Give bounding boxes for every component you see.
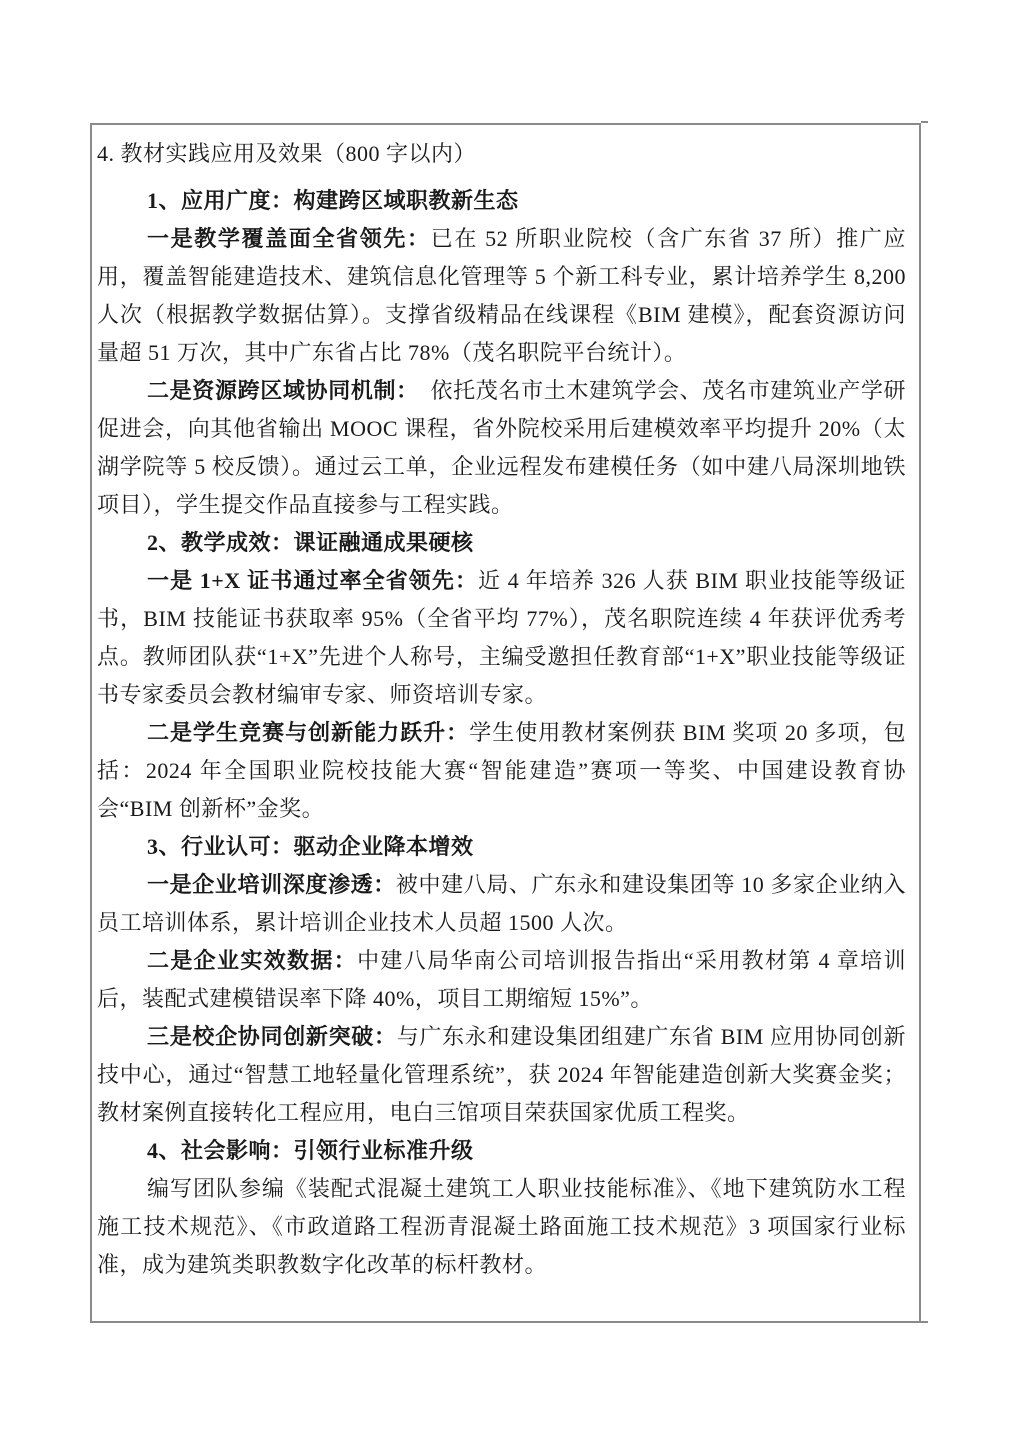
document-page: 4. 教材实践应用及效果（800 字以内） 1、应用广度：构建跨区域职教新生态 … (0, 0, 1024, 1448)
table-border-tick-top (921, 121, 928, 123)
paragraph-text: 编写团队参编《装配式混凝土建筑工人职业技能标准》、《地下建筑防水工程施工技术规范… (97, 1176, 906, 1277)
section-heading-industry-recognition: 3、行业认可：驱动企业降本增效 (97, 828, 906, 866)
paragraph-certificate-pass-rate: 一是 1+X 证书通过率全省领先：近 4 年培养 326 人获 BIM 职业技能… (97, 562, 906, 714)
section-heading-teaching-results: 2、教学成效：课证融通成果硬核 (97, 524, 906, 562)
paragraph-lead: 一是 1+X 证书通过率全省领先： (147, 568, 478, 593)
paragraph-enterprise-data: 二是企业实效数据：中建八局华南公司培训报告指出“采用教材第 4 章培训后，装配式… (97, 942, 906, 1018)
paragraph-lead: 二是资源跨区域协同机制： (147, 378, 408, 403)
paragraph-student-competition: 二是学生竞赛与创新能力跃升：学生使用教材案例获 BIM 奖项 20 多项，包括：… (97, 714, 906, 828)
paragraph-cross-region-mechanism: 二是资源跨区域协同机制： 依托茂名市土木建筑学会、茂名市建筑业产学研促进会，向其… (97, 372, 906, 524)
section-heading-application-breadth: 1、应用广度：构建跨区域职教新生态 (97, 182, 906, 220)
table-border-tick-bottom (921, 1321, 928, 1323)
paragraph-enterprise-training: 一是企业培训深度渗透：被中建八局、广东永和建设集团等 10 多家企业纳入员工培训… (97, 866, 906, 942)
cell-title: 4. 教材实践应用及效果（800 字以内） (97, 135, 906, 173)
paragraph-lead: 一是教学覆盖面全省领先： (147, 226, 431, 251)
practice-effect-form-cell: 4. 教材实践应用及效果（800 字以内） 1、应用广度：构建跨区域职教新生态 … (90, 123, 921, 1323)
paragraph-school-enterprise-innovation: 三是校企协同创新突破：与广东永和建设集团组建广东省 BIM 应用协同创新技中心，… (97, 1018, 906, 1132)
paragraph-lead: 二是企业实效数据： (147, 948, 357, 973)
paragraph-lead: 一是企业培训深度渗透： (147, 872, 396, 897)
paragraph-teaching-coverage: 一是教学覆盖面全省领先：已在 52 所职业院校（含广东省 37 所）推广应用，覆… (97, 220, 906, 372)
paragraph-lead: 三是校企协同创新突破： (147, 1024, 397, 1049)
paragraph-lead: 二是学生竞赛与创新能力跃升： (147, 720, 469, 745)
section-heading-social-impact: 4、社会影响：引领行业标准升级 (97, 1132, 906, 1170)
paragraph-industry-standards: 编写团队参编《装配式混凝土建筑工人职业技能标准》、《地下建筑防水工程施工技术规范… (97, 1170, 906, 1284)
